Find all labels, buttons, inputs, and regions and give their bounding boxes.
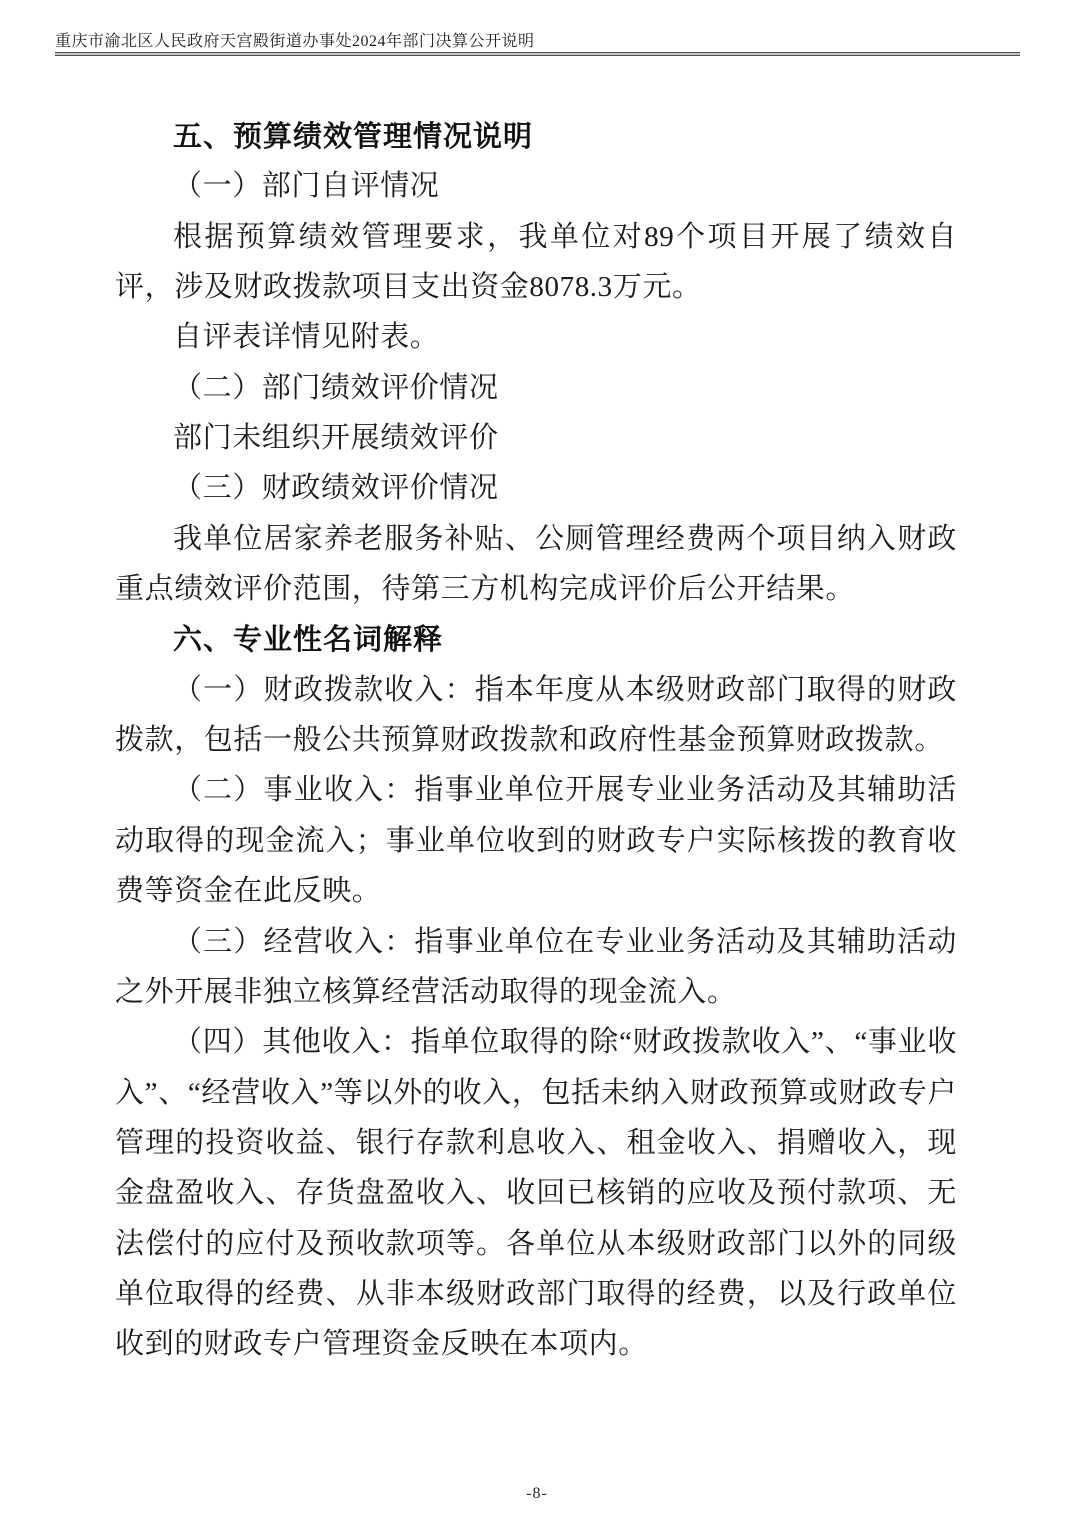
paragraph-term-business-income: （二）事业收入：指事业单位开展专业业务活动及其辅助活动取得的现金流入；事业单位收… xyxy=(115,765,957,916)
header-divider-rule xyxy=(55,52,1020,56)
document-body: 五、预算绩效管理情况说明 （一）部门自评情况 根据预算绩效管理要求，我单位对89… xyxy=(115,111,957,1370)
document-page: 重庆市渝北区人民政府天宫殿街道办事处2024年部门决算公开说明 五、预算绩效管理… xyxy=(0,0,1074,1520)
subheading-5-1: （一）部门自评情况 xyxy=(115,161,957,211)
section-heading-5: 五、预算绩效管理情况说明 xyxy=(115,111,957,161)
subheading-5-3: （三）财政绩效评价情况 xyxy=(115,463,957,513)
paragraph-self-evaluation: 根据预算绩效管理要求，我单位对89个项目开展了绩效自评，涉及财政拨款项目支出资金… xyxy=(115,212,957,313)
page-number: -8- xyxy=(0,1485,1074,1503)
document-header-title: 重庆市渝北区人民政府天宫殿街道办事处2024年部门决算公开说明 xyxy=(55,28,535,51)
paragraph-term-operating-income: （三）经营收入：指事业单位在专业业务活动及其辅助活动之外开展非独立核算经营活动取… xyxy=(115,917,957,1018)
paragraph-term-fiscal-appropriation-income: （一）财政拨款收入：指本年度从本级财政部门取得的财政拨款，包括一般公共预算财政拨… xyxy=(115,665,957,766)
paragraph-no-dept-evaluation: 部门未组织开展绩效评价 xyxy=(115,413,957,463)
paragraph-attachment-note: 自评表详情见附表。 xyxy=(115,312,957,362)
paragraph-fiscal-evaluation: 我单位居家养老服务补贴、公厕管理经费两个项目纳入财政重点绩效评价范围，待第三方机… xyxy=(115,514,957,615)
paragraph-term-other-income: （四）其他收入：指单位取得的除“财政拨款收入”、“事业收入”、“经营收入”等以外… xyxy=(115,1017,957,1369)
subheading-5-2: （二）部门绩效评价情况 xyxy=(115,363,957,413)
section-heading-6: 六、专业性名词解释 xyxy=(115,614,957,664)
